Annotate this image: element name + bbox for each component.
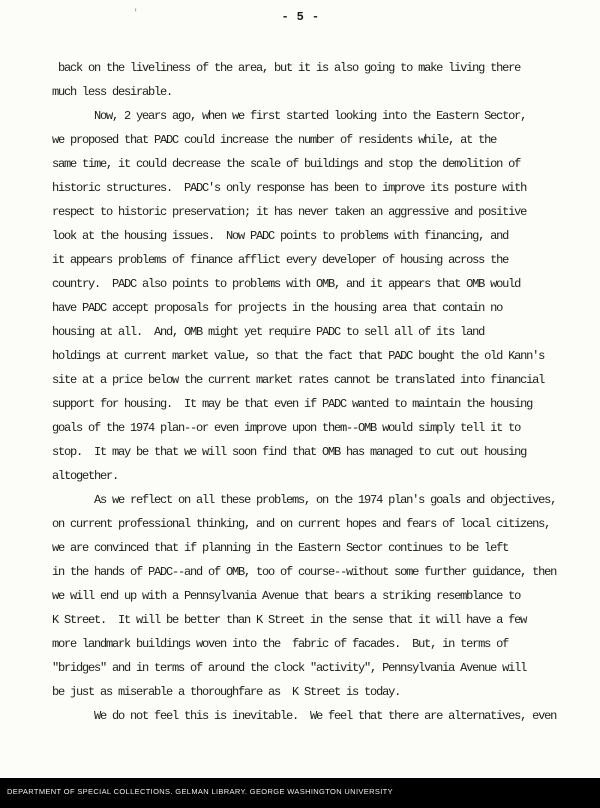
document-body: back on the liveliness of the area, but … bbox=[52, 56, 572, 728]
archive-footer-label: DEPARTMENT OF SPECIAL COLLECTIONS. GELMA… bbox=[0, 787, 393, 800]
text-line: altogether. bbox=[52, 464, 572, 488]
text-line: we will end up with a Pennsylvania Avenu… bbox=[52, 584, 572, 608]
text-line: housing at all. And, OMB might yet requi… bbox=[52, 320, 572, 344]
text-line: on current professional thinking, and on… bbox=[52, 512, 572, 536]
text-line: K Street. It will be better than K Stree… bbox=[52, 608, 572, 632]
text-line: site at a price below the current market… bbox=[52, 368, 572, 392]
text-line: back on the liveliness of the area, but … bbox=[52, 56, 572, 80]
text-line: goals of the 1974 plan--or even improve … bbox=[52, 416, 572, 440]
text-line: more landmark buildings woven into the f… bbox=[52, 632, 572, 656]
archive-footer-bar: DEPARTMENT OF SPECIAL COLLECTIONS. GELMA… bbox=[0, 778, 600, 808]
page-number: - 5 - bbox=[0, 10, 600, 24]
text-line: historic structures. PADC's only respons… bbox=[52, 176, 572, 200]
text-line: we are convinced that if planning in the… bbox=[52, 536, 572, 560]
text-line: we proposed that PADC could increase the… bbox=[52, 128, 572, 152]
text-line: it appears problems of finance afflict e… bbox=[52, 248, 572, 272]
text-line: Now, 2 years ago, when we first started … bbox=[52, 104, 572, 128]
text-line: look at the housing issues. Now PADC poi… bbox=[52, 224, 572, 248]
text-line: in the hands of PADC--and of OMB, too of… bbox=[52, 560, 572, 584]
text-line: have PADC accept proposals for projects … bbox=[52, 296, 572, 320]
text-line: same time, it could decrease the scale o… bbox=[52, 152, 572, 176]
text-line: much less desirable. bbox=[52, 80, 572, 104]
text-line: be just as miserable a thoroughfare as K… bbox=[52, 680, 572, 704]
text-line: respect to historic preservation; it has… bbox=[52, 200, 572, 224]
text-line: As we reflect on all these problems, on … bbox=[52, 488, 572, 512]
text-line: support for housing. It may be that even… bbox=[52, 392, 572, 416]
document-page: ' - 5 - back on the liveliness of the ar… bbox=[0, 0, 600, 778]
text-line: "bridges" and in terms of around the clo… bbox=[52, 656, 572, 680]
text-line: stop. It may be that we will soon find t… bbox=[52, 440, 572, 464]
text-line: We do not feel this is inevitable. We fe… bbox=[52, 704, 572, 728]
text-line: country. PADC also points to problems wi… bbox=[52, 272, 572, 296]
text-line: holdings at current market value, so tha… bbox=[52, 344, 572, 368]
